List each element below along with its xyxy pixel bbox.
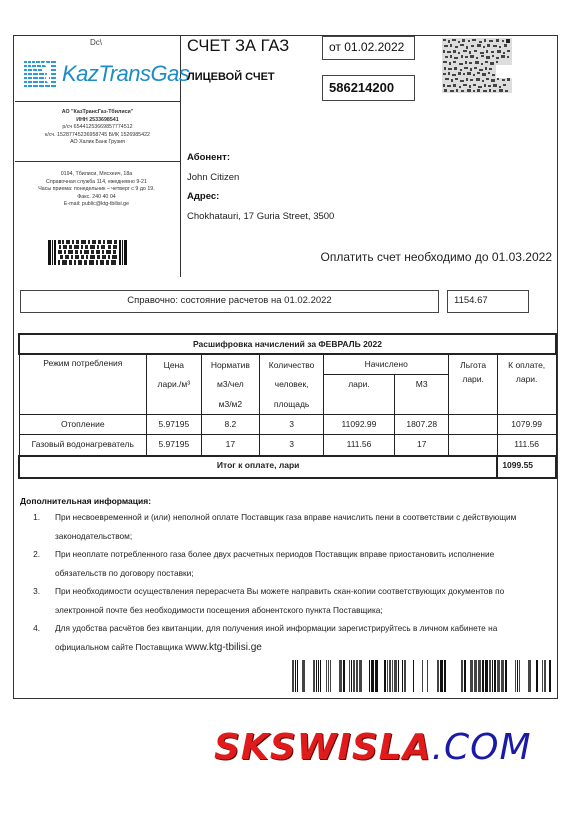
- col-price-unit: лари./м³: [147, 374, 202, 394]
- account-label: ЛИЦЕВОЙ СЧЕТ: [187, 71, 275, 83]
- col-price-blank: [147, 394, 202, 414]
- row-price: 5.97195: [147, 434, 202, 456]
- col-to-pay: К оплате,: [497, 354, 556, 374]
- row-to-pay: 111.56: [497, 434, 556, 456]
- info-num: 1.: [20, 508, 55, 527]
- address-label: Адрес:: [187, 191, 219, 202]
- info-text: При неоплате потребленного газа более дв…: [55, 545, 560, 564]
- org-help-service: Справочная служба 114, ежедневно 9-21: [13, 179, 180, 187]
- row-qty: 3: [260, 434, 324, 456]
- charges-table-title: Расшифровка начислений за ФЕВРАЛЬ 2022: [19, 334, 556, 354]
- info-item-cont: обязательств по договору поставки;: [20, 564, 560, 583]
- subscriber-address: Chokhatauri, 17 Guria Street, 3500: [187, 211, 334, 222]
- invoice-title: СЧЕТ ЗА ГАЗ: [187, 37, 289, 56]
- balance-reference: Справочно: состояние расчетов на 01.02.2…: [20, 290, 439, 313]
- info-text: электронной почте без необходимости посе…: [55, 601, 560, 620]
- col-qty: Количество: [260, 354, 324, 374]
- total-value: 1099.55: [497, 456, 556, 478]
- org-hours: Часы приема: понедельник – четверг с 9 д…: [13, 186, 180, 194]
- info-num-blank: [20, 601, 55, 620]
- charges-table: Расшифровка начислений за ФЕВРАЛЬ 2022 Р…: [18, 333, 557, 479]
- org-inn: ИНН 2533698541: [15, 117, 180, 125]
- website-link[interactable]: www.ktg-tbilisi.ge: [185, 642, 262, 653]
- col-norm-unit: м3/чел: [201, 374, 260, 394]
- row-mode: Газовый водонагреватель: [19, 434, 147, 456]
- info-num: 3.: [20, 582, 55, 601]
- invoice-date: от 01.02.2022: [322, 36, 415, 60]
- row-benefit: [449, 414, 497, 434]
- info-num: 2.: [20, 545, 55, 564]
- info-text: При необходимости осуществления перерасч…: [55, 582, 560, 601]
- col-accrued-m3: М3: [394, 374, 449, 414]
- info-item-cont: электронной почте без необходимости посе…: [20, 601, 560, 620]
- org-fax: Факс. 240 40 04: [13, 194, 180, 202]
- account-number: 586214200: [322, 75, 415, 101]
- org-corr-account: к/сч. 15287745236958745 БИК 1526985422: [15, 132, 180, 140]
- info-text: Для удобства расчётов без квитанции, для…: [55, 619, 560, 638]
- col-accrued: Начислено: [323, 354, 448, 374]
- row-benefit: [449, 434, 497, 456]
- subscriber-label: Абонент:: [187, 152, 230, 163]
- pdf417-barcode-icon: [48, 240, 128, 265]
- info-text: обязательств по договору поставки;: [55, 564, 560, 583]
- info-text: официальном сайте Поставщика: [55, 642, 185, 652]
- table-row: Газовый водонагреватель 5.97195 17 3 111…: [19, 434, 556, 456]
- organization-info: АО "КазТрансГаз-Тбилиси" ИНН 2533698541 …: [15, 101, 181, 162]
- kaztransgas-logo: KazTransGas: [22, 57, 178, 93]
- barcode-icon: [292, 660, 551, 692]
- row-norm: 8.2: [201, 414, 260, 434]
- watermark-blue: .COM: [432, 727, 532, 768]
- info-item: 1. При несвоевременной и (или) неполной …: [20, 508, 560, 527]
- row-to-pay: 1079.99: [497, 414, 556, 434]
- info-item: 2. При неоплате потребленного газа более…: [20, 545, 560, 564]
- org-address: 0194, Тбилиси, Мясхеич, 18а: [13, 171, 180, 179]
- info-item: 3. При необходимости осуществления перер…: [20, 582, 560, 601]
- row-accrued-m3: 1807.28: [394, 414, 449, 434]
- row-accrued-m3: 17: [394, 434, 449, 456]
- row-qty: 3: [260, 414, 324, 434]
- additional-info-list: 1. При несвоевременной и (или) неполной …: [20, 508, 560, 657]
- balance-reference-value: 1154.67: [447, 290, 529, 313]
- row-mode: Отопление: [19, 414, 147, 434]
- col-qty-unit: человек,: [260, 374, 324, 394]
- qr-code-icon: [442, 38, 512, 93]
- info-num-blank: [20, 638, 55, 658]
- info-item-cont: законодательством;: [20, 527, 560, 546]
- col-qty-unit-2: площадь: [260, 394, 324, 414]
- info-num: 4.: [20, 619, 55, 638]
- total-label: Итог к оплате, лари: [19, 456, 497, 478]
- col-norm: Норматив: [201, 354, 260, 374]
- payment-due-date: Оплатить счет необходимо до 01.03.2022: [320, 250, 552, 264]
- info-text-with-link: официальном сайте Поставщика www.ktg-tbi…: [55, 638, 560, 658]
- row-accrued-gel: 111.56: [323, 434, 394, 456]
- col-benefit-unit: лари.: [449, 374, 497, 414]
- row-accrued-gel: 11092.99: [323, 414, 394, 434]
- col-price: Цена: [147, 354, 202, 374]
- logo-text: KazTransGas: [62, 61, 189, 87]
- org-bank: АО Халик Банк Грузия: [15, 139, 180, 147]
- col-to-pay-unit: лари.: [497, 374, 556, 414]
- info-num-blank: [20, 527, 55, 546]
- info-item: 4. Для удобства расчётов без квитанции, …: [20, 619, 560, 638]
- org-email: E-mail: public@ktg-tbilisi.ge: [13, 201, 180, 209]
- info-text: законодательством;: [55, 527, 560, 546]
- kaztransgas-logo-icon: [22, 57, 62, 91]
- col-mode: Режим потребления: [19, 354, 147, 414]
- additional-info-title: Дополнительная информация:: [20, 496, 151, 506]
- row-norm: 17: [201, 434, 260, 456]
- col-benefit: Льгота: [449, 354, 497, 374]
- col-norm-unit-2: м3/м2: [201, 394, 260, 414]
- dc-label: Dc\: [90, 38, 102, 47]
- watermark: SKSWISLA.COM: [214, 727, 532, 768]
- info-item-cont: официальном сайте Поставщика www.ktg-tbi…: [20, 638, 560, 658]
- subscriber-name: John Citizen: [187, 172, 239, 183]
- info-text: При несвоевременной и (или) неполной опл…: [55, 508, 560, 527]
- info-num-blank: [20, 564, 55, 583]
- table-row: Отопление 5.97195 8.2 3 11092.99 1807.28…: [19, 414, 556, 434]
- org-account: р/сч 65441253669857774512: [15, 124, 180, 132]
- col-accrued-gel: лари.: [323, 374, 394, 414]
- watermark-red: SKSWISLA: [214, 727, 432, 768]
- row-price: 5.97195: [147, 414, 202, 434]
- org-name: АО "КазТрансГаз-Тбилиси": [15, 109, 180, 117]
